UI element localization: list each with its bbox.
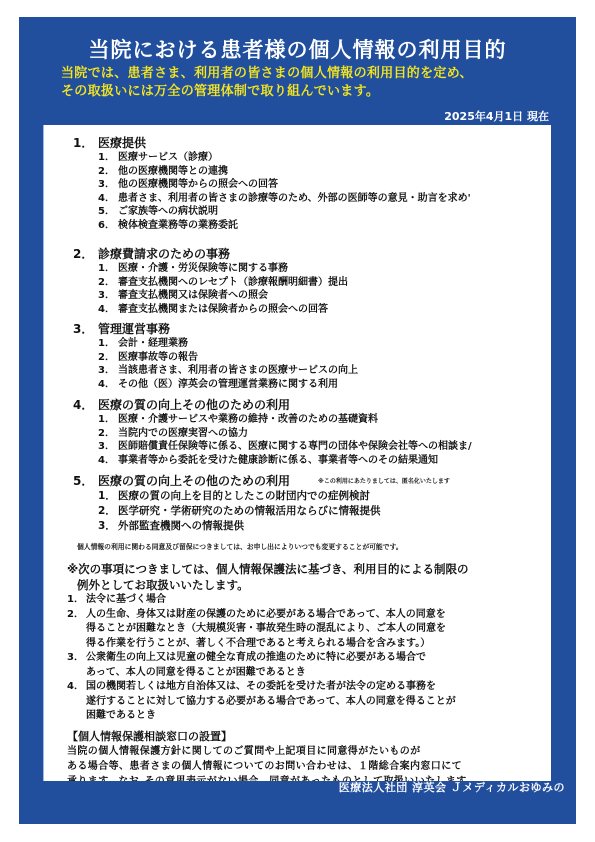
item-text: 医療・介護サービスや業務の維持・改善のための基礎資料 bbox=[118, 414, 378, 425]
contact-block: 【個人情報保護相談窓口の設置】 当院の個人情報保護方針に関してのご質問や上記項目… bbox=[67, 729, 476, 781]
item-number: 1． bbox=[98, 413, 118, 427]
item-number: 4． bbox=[98, 303, 118, 317]
item-number: 3． bbox=[98, 364, 118, 378]
item-number: 4． bbox=[98, 192, 118, 206]
list-item: 3．医師賠償責任保険等に係る、医療に関する専門の団体や保険会社等への相談ま/ bbox=[98, 440, 472, 454]
item-text-continued: 遂行することに対して協力する必要がある場合であって、本人の同意を得ることが bbox=[67, 695, 469, 710]
item-number: 1． bbox=[98, 489, 118, 504]
list-item: 2．他の医療機関等との連携 bbox=[98, 165, 471, 179]
item-text: 医学研究・学術研究のための情報活用ならびに情報提供 bbox=[118, 505, 381, 517]
item-text: 検体検査業務等の業務委託 bbox=[118, 220, 238, 231]
item-text: 他の医療機関等との連携 bbox=[118, 166, 228, 177]
item-text: 事業者等から委託を受けた健康診断に係る、事業者等へのその結果通知 bbox=[118, 455, 438, 466]
exception-item: 4．国の機関若しくは地方自治体又は、その委託を受けた者が法令の定める事務を bbox=[67, 680, 469, 695]
item-number: 2． bbox=[98, 276, 118, 290]
list-item: 3．他の医療機関等からの照会への回答 bbox=[98, 178, 471, 192]
section-title: 医療の質の向上その他のための利用 bbox=[98, 398, 290, 412]
exception-item: 2．人の生命、身体又は財産の保護のために必要がある場合であって、本人の同意を bbox=[67, 608, 469, 623]
item-number: 2． bbox=[98, 351, 118, 365]
section-heading: 5．医療の質の向上その他のための利用※この利用にあたりましては、匿名化いたします bbox=[73, 473, 450, 489]
blue-frame: 当院における患者様の個人情報の利用目的 当院では、患者さま、利用者の皆さまの個人… bbox=[19, 17, 576, 824]
item-text-continued: 困難であるとき bbox=[67, 709, 469, 724]
item-number: 5． bbox=[98, 205, 118, 219]
section-quality-improvement: 4．医療の質の向上その他のための利用 1．医療・介護サービスや業務の維持・改善の… bbox=[73, 397, 472, 467]
effective-date: 2025年4月1日 現在 bbox=[444, 108, 549, 124]
contact-line-2: ある場合等、患者さまの個人情報についてのお問い合わせは、１階総合案内窓口にて bbox=[67, 759, 476, 774]
intro-statement: 当院では、患者さま、利用者の皆さまの個人情報の利用目的を定め、 その取扱いには万… bbox=[61, 65, 473, 101]
section-medical-care: 1．医療提供 1．医療サービス（診療） 2．他の医療機関等との連携 3．他の医療… bbox=[73, 135, 471, 233]
list-item: 1．医療の質の向上を目的としたこの財団内での症例検討 bbox=[98, 489, 450, 504]
section-number: 2． bbox=[73, 246, 98, 262]
item-number: 3． bbox=[67, 651, 86, 666]
item-text: 他の医療機関等からの照会への回答 bbox=[118, 179, 278, 190]
item-number: 1． bbox=[67, 593, 86, 608]
item-number: 2． bbox=[98, 427, 118, 441]
section-heading: 1．医療提供 bbox=[73, 135, 471, 151]
item-number: 1． bbox=[98, 151, 118, 165]
list-item: 1．医療・介護・労災保険等に関する事務 bbox=[98, 262, 348, 276]
item-text: 当院内での医療実習への協力 bbox=[118, 428, 248, 439]
list-item: 1．医療・介護サービスや業務の維持・改善のための基礎資料 bbox=[98, 413, 472, 427]
item-text: 患者さま、利用者の皆さまの診療等のため、外部の医師等の意見・助言を求め' bbox=[118, 193, 471, 204]
item-text: ご家族等への病状説明 bbox=[118, 206, 218, 217]
section-title: 医療の質の向上その他のための利用 bbox=[98, 474, 290, 488]
section-number: 3． bbox=[73, 321, 98, 337]
content-body: 1．医療提供 1．医療サービス（診療） 2．他の医療機関等との連携 3．他の医療… bbox=[43, 125, 551, 781]
item-text: 会計・経理業務 bbox=[118, 338, 188, 349]
item-text: その他（医）淳英会の管理運営業務に関する利用 bbox=[118, 379, 338, 390]
exceptions-heading-2: 例外としてお取扱いいたします。 bbox=[67, 577, 469, 593]
item-text: 医療事故等の報告 bbox=[118, 352, 198, 363]
section-billing: 2．診療費請求のための事務 1．医療・介護・労災保険等に関する事務 2．審査支払… bbox=[73, 246, 348, 316]
anonymization-note: ※この利用にあたりましては、匿名化いたします bbox=[318, 478, 450, 485]
exception-item: 1．法令に基づく場合 bbox=[67, 593, 469, 608]
item-text: 審査支払機関へのレセプト（診療報酬明細書）提出 bbox=[118, 277, 348, 288]
item-number: 2． bbox=[67, 608, 86, 623]
list-item: 2．医学研究・学術研究のための情報活用ならびに情報提供 bbox=[98, 504, 450, 519]
item-number: 3． bbox=[98, 178, 118, 192]
contact-line-1: 当院の個人情報保護方針に関してのご質問や上記項目に同意得がたいものが bbox=[67, 744, 476, 759]
list-item: 4．患者さま、利用者の皆さまの診療等のため、外部の医師等の意見・助言を求め' bbox=[98, 192, 471, 206]
item-number: 4． bbox=[98, 454, 118, 468]
exceptions-block: ※次の事項につきましては、個人情報保護法に基づき、利用目的による制限の 例外とし… bbox=[67, 561, 469, 724]
section-number: 4． bbox=[73, 397, 98, 413]
section-heading: 3．管理運営事務 bbox=[73, 321, 358, 337]
section-heading: 2．診療費請求のための事務 bbox=[73, 246, 348, 262]
item-number: 3． bbox=[98, 289, 118, 303]
list-item: 2．当院内での医療実習への協力 bbox=[98, 427, 472, 441]
list-item: 5．ご家族等への病状説明 bbox=[98, 205, 471, 219]
item-number: 4． bbox=[98, 378, 118, 392]
section-quality-research: 5．医療の質の向上その他のための利用※この利用にあたりましては、匿名化いたします… bbox=[73, 473, 450, 534]
section-number: 1． bbox=[73, 135, 98, 151]
page-title: 当院における患者様の個人情報の利用目的 bbox=[19, 34, 576, 64]
section-title: 管理運営事務 bbox=[98, 322, 170, 336]
organization-name: 医療法人社団 淳英会 Ｊメディカルおゆみの bbox=[339, 779, 565, 795]
list-item: 1．会計・経理業務 bbox=[98, 337, 358, 351]
list-item: 4．審査支払機関または保険者からの照会への回答 bbox=[98, 303, 348, 317]
list-item: 3．当該患者さま、利用者の皆さまの医療サービスの向上 bbox=[98, 364, 358, 378]
list-item: 2．審査支払機関へのレセプト（診療報酬明細書）提出 bbox=[98, 276, 348, 290]
content-panel: 1．医療提供 1．医療サービス（診療） 2．他の医療機関等との連携 3．他の医療… bbox=[43, 125, 551, 781]
list-item: 4．その他（医）淳英会の管理運営業務に関する利用 bbox=[98, 378, 358, 392]
list-item: 3．外部監査機関への情報提供 bbox=[98, 519, 450, 534]
item-text-continued: 得る作業を行うことが、著しく不合理であると考えられる場合を含みます。） bbox=[67, 637, 469, 652]
item-text: 医療の質の向上を目的としたこの財団内での症例検討 bbox=[118, 490, 370, 502]
item-number: 1． bbox=[98, 262, 118, 276]
item-text: 外部監査機関への情報提供 bbox=[118, 520, 244, 532]
item-text: 医師賠償責任保険等に係る、医療に関する専門の団体や保険会社等への相談ま/ bbox=[118, 441, 472, 452]
list-item: 3．審査支払機関又は保険者への照会 bbox=[98, 289, 348, 303]
list-item: 1．医療サービス（診療） bbox=[98, 151, 471, 165]
item-number: 2． bbox=[98, 165, 118, 179]
item-number: 3． bbox=[98, 519, 118, 534]
item-text: 法令に基づく場合 bbox=[86, 594, 166, 605]
section-title: 診療費請求のための事務 bbox=[98, 247, 230, 261]
contact-heading: 【個人情報保護相談窓口の設置】 bbox=[67, 729, 476, 744]
item-number: 1． bbox=[98, 337, 118, 351]
section-heading: 4．医療の質の向上その他のための利用 bbox=[73, 397, 472, 413]
section-number: 5． bbox=[73, 473, 98, 489]
exception-item: 3．公衆衛生の向上又は児童の健全な育成の推進のために特に必要がある場合で bbox=[67, 651, 469, 666]
item-text-continued: あって、本人の同意を得ることが困難であるとき bbox=[67, 666, 469, 681]
item-number: 4． bbox=[67, 680, 86, 695]
item-text: 公衆衛生の向上又は児童の健全な育成の推進のために特に必要がある場合で bbox=[86, 652, 426, 663]
list-item: 6．検体検査業務等の業務委託 bbox=[98, 219, 471, 233]
list-item: 4．事業者等から委託を受けた健康診断に係る、事業者等へのその結果通知 bbox=[98, 454, 472, 468]
item-text: 国の機関若しくは地方自治体又は、その委託を受けた者が法令の定める事務を bbox=[86, 681, 436, 692]
item-text: 審査支払機関または保険者からの照会への回答 bbox=[118, 304, 328, 315]
intro-line-1: 当院では、患者さま、利用者の皆さまの個人情報の利用目的を定め、 bbox=[61, 65, 473, 83]
item-text: 当該患者さま、利用者の皆さまの医療サービスの向上 bbox=[118, 365, 358, 376]
list-item: 2．医療事故等の報告 bbox=[98, 351, 358, 365]
intro-line-2: その取扱いには万全の管理体制で取り組んでいます。 bbox=[61, 83, 473, 101]
item-text-continued: 得ることが困難なとき（大規模災害・事故発生時の混乱により、ご本人の同意を bbox=[67, 622, 469, 637]
section-administration: 3．管理運営事務 1．会計・経理業務 2．医療事故等の報告 3．当該患者さま、利… bbox=[73, 321, 358, 391]
item-text: 人の生命、身体又は財産の保護のために必要がある場合であって、本人の同意を bbox=[86, 609, 446, 620]
item-text: 審査支払機関又は保険者への照会 bbox=[118, 290, 268, 301]
consent-note: 個人情報の利用に関わる同意及び留保につきましては、お申し出によりいつでも変更する… bbox=[77, 541, 403, 551]
exceptions-heading-1: ※次の事項につきましては、個人情報保護法に基づき、利用目的による制限の bbox=[67, 561, 469, 577]
item-text: 医療サービス（診療） bbox=[118, 152, 218, 163]
item-number: 3． bbox=[98, 440, 118, 454]
item-number: 2． bbox=[98, 504, 118, 519]
item-number: 6． bbox=[98, 219, 118, 233]
item-text: 医療・介護・労災保険等に関する事務 bbox=[118, 263, 288, 274]
section-title: 医療提供 bbox=[98, 136, 146, 150]
